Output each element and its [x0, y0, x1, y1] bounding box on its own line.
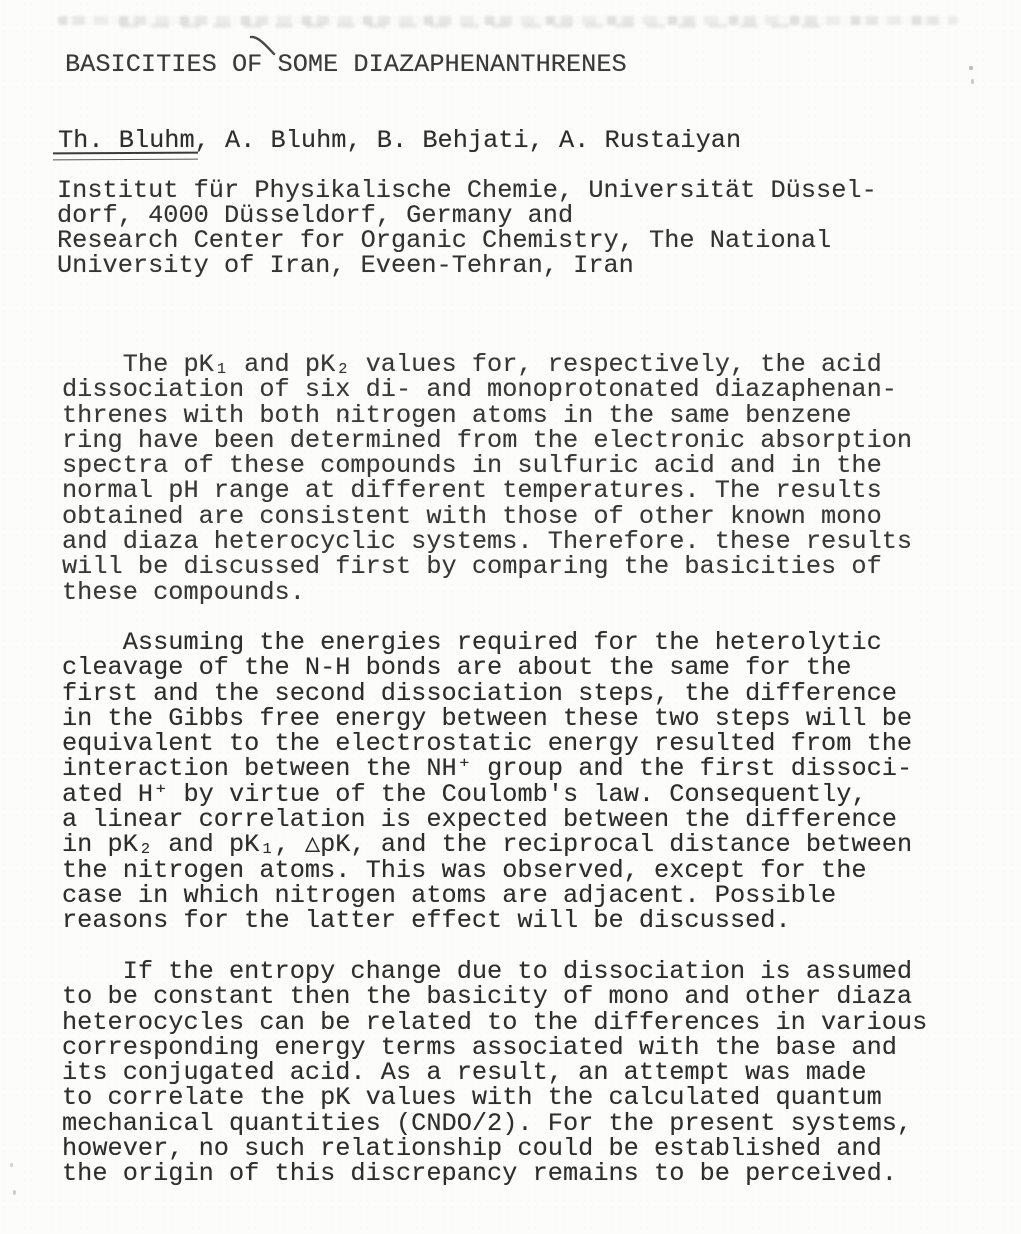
ink-speck: [969, 66, 973, 70]
authors-rest: , A. Bluhm, B. Behjati, A. Rustaiyan: [195, 126, 742, 155]
ink-speck: [13, 1190, 16, 1195]
abstract-paragraph-3: If the entropy change due to dissociatio…: [62, 959, 927, 1187]
author-lead-underlined: Th. Bluhm: [58, 128, 195, 153]
scan-smudge-strip-secondary: [120, 24, 820, 28]
abstract-paragraph-1: The pK₁ and pK₂ values for, respectively…: [62, 352, 912, 605]
paper-title: BASICITIES OF SOME DIAZAPHENANTHRENES: [65, 52, 627, 77]
ink-speck: [971, 79, 974, 84]
scanned-abstract-page: BASICITIES OF SOME DIAZAPHENANTHRENES Th…: [0, 0, 1021, 1234]
abstract-paragraph-2: Assuming the energies required for the h…: [62, 630, 912, 934]
ink-speck: [10, 1163, 13, 1167]
authors-line: Th. Bluhm, A. Bluhm, B. Behjati, A. Rust…: [58, 128, 741, 153]
affiliation-block: Institut für Physikalische Chemie, Unive…: [57, 178, 877, 278]
